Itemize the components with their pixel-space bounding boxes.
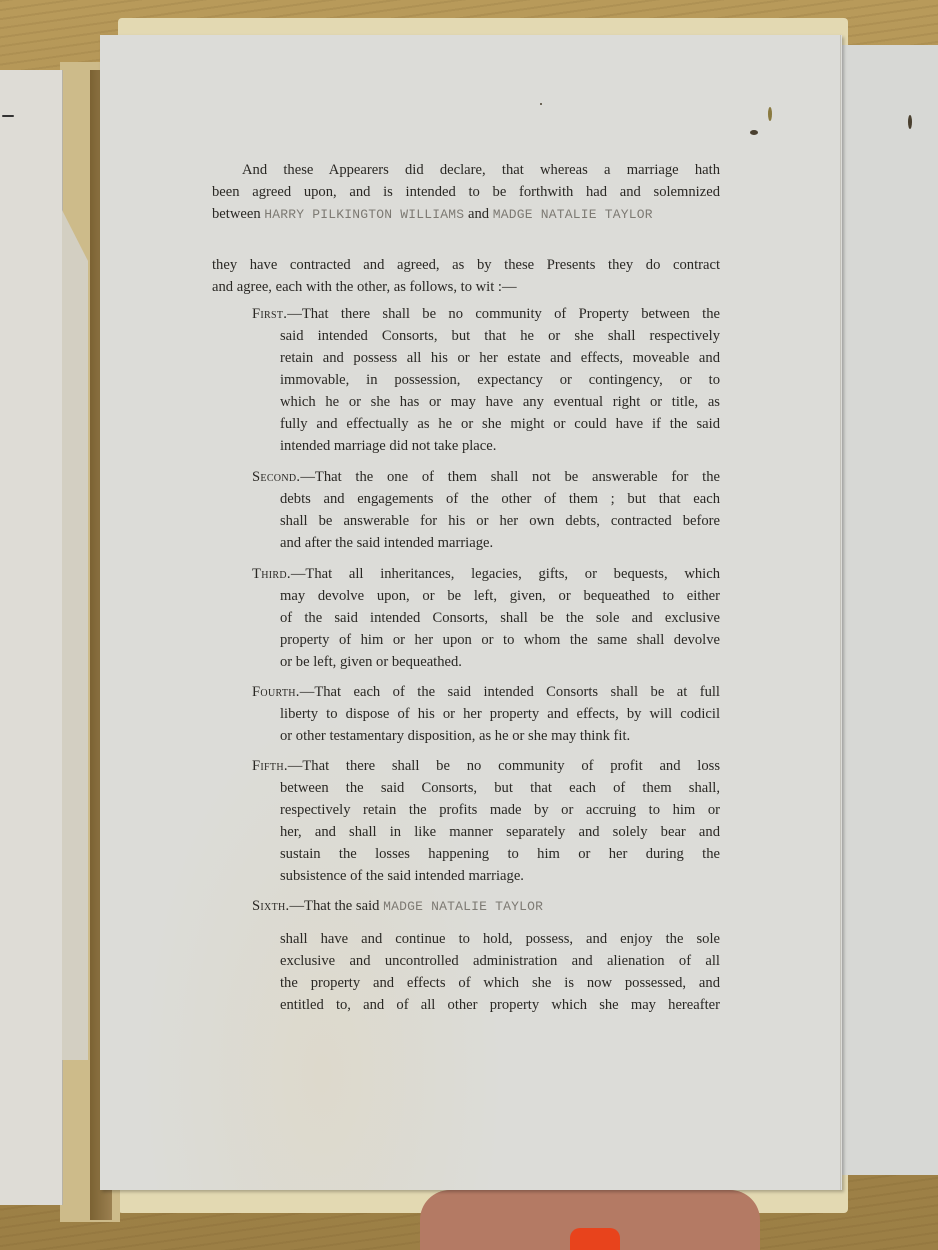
clause-heading: Third. (252, 566, 291, 582)
left-page (0, 70, 62, 1205)
clause-line: exclusive and uncontrolled administratio… (280, 950, 720, 972)
clause-line: and after the said intended marriage. (280, 532, 720, 554)
clause-heading: Fifth. (252, 758, 288, 774)
preamble-line-3: between HARRY PILKINGTON WILLIAMS and MA… (212, 203, 720, 226)
clause-line: between the said Consorts, but that each… (280, 777, 720, 799)
clause-heading: Second. (252, 469, 300, 485)
clause-fourth: Fourth.—That each of the said intended C… (212, 681, 720, 747)
clause-fifth: Fifth.—That there shall be no community … (212, 755, 720, 887)
preamble: And these Appearers did declare, that wh… (212, 159, 720, 226)
clause-third: Third.—That all inheritances, legacies, … (212, 563, 720, 673)
clause-line: subsistence of the said intended marriag… (280, 865, 720, 887)
preamble-line-1: And these Appearers did declare, that wh… (212, 159, 720, 181)
clause-line: sustain the losses happening to him or h… (280, 843, 720, 865)
clause-first-line: Sixth.—That the said MADGE NATALIE TAYLO… (252, 895, 720, 918)
right-page (840, 45, 938, 1175)
clause-line: entitled to, and of all other property w… (280, 994, 720, 1016)
clause-line: the property and effects of which she is… (280, 972, 720, 994)
paper-speck (540, 103, 542, 105)
clause-line: intended marriage did not take place. (280, 435, 720, 457)
clause-first: First.—That there shall be no community … (212, 303, 720, 457)
clause-first-line: Second.—That the one of them shall not b… (252, 466, 720, 488)
clause-first-line: Fifth.—That there shall be no community … (252, 755, 720, 777)
agreement-line-2: and agree, each with the other, as follo… (212, 276, 720, 298)
clause-heading: Fourth. (252, 684, 300, 700)
fold-crease (840, 35, 841, 1190)
clause-first-line: First.—That there shall be no community … (252, 303, 720, 325)
clause-line: respectively retain the profits made by … (280, 799, 720, 821)
clause-second: Second.—That the one of them shall not b… (212, 466, 720, 554)
between-word: between (212, 206, 261, 222)
clause-line: retain and possess all his or her estate… (280, 347, 720, 369)
clause-sixth: Sixth.—That the said MADGE NATALIE TAYLO… (212, 895, 720, 1016)
agreement: they have contracted and agreed, as by t… (212, 254, 720, 298)
clause-line: said intended Consorts, but that he or s… (280, 325, 720, 347)
document-page: And these Appearers did declare, that wh… (100, 35, 842, 1190)
paper-speck (768, 107, 772, 121)
and-word: and (468, 206, 489, 222)
clause-line: or other testamentary disposition, as he… (280, 725, 720, 747)
clause-line: debts and engagements of the other of th… (280, 488, 720, 510)
party-1-name: HARRY PILKINGTON WILLIAMS (264, 207, 464, 222)
clause-line: shall have and continue to hold, possess… (280, 928, 720, 950)
agreement-line-1: they have contracted and agreed, as by t… (212, 254, 720, 276)
clause-line: property of him or her upon or to whom t… (280, 629, 720, 651)
pen-mark (2, 115, 14, 117)
preamble-line-2: been agreed upon, and is intended to be … (212, 181, 720, 203)
clause-line: fully and effectually as he or she might… (280, 413, 720, 435)
clause-line: liberty to dispose of his or her propert… (280, 703, 720, 725)
clause-heading: First. (252, 306, 287, 322)
clause-line: shall be answerable for his or her own d… (280, 510, 720, 532)
clause-heading: Sixth. (252, 898, 289, 914)
clause-first-line: Third.—That all inheritances, legacies, … (252, 563, 720, 585)
clause-line: which he or she has or may have any even… (280, 391, 720, 413)
paper-speck (750, 130, 758, 135)
clause-line: may devolve upon, or be left, given, or … (280, 585, 720, 607)
party-2-name: MADGE NATALIE TAYLOR (493, 207, 653, 222)
clauses: First.—That there shall be no community … (212, 303, 720, 1016)
typed-name: MADGE NATALIE TAYLOR (383, 899, 543, 914)
left-page-edge (62, 210, 88, 1060)
clause-first-line: Fourth.—That each of the said intended C… (252, 681, 720, 703)
red-object (570, 1228, 620, 1250)
clause-line: immovable, in possession, expectancy or … (280, 369, 720, 391)
clause-line: her, and shall in like manner separately… (280, 821, 720, 843)
paper-speck (908, 115, 912, 129)
clause-line: of the said intended Consorts, shall be … (280, 607, 720, 629)
clause-line: or be left, given or bequeathed. (280, 651, 720, 673)
